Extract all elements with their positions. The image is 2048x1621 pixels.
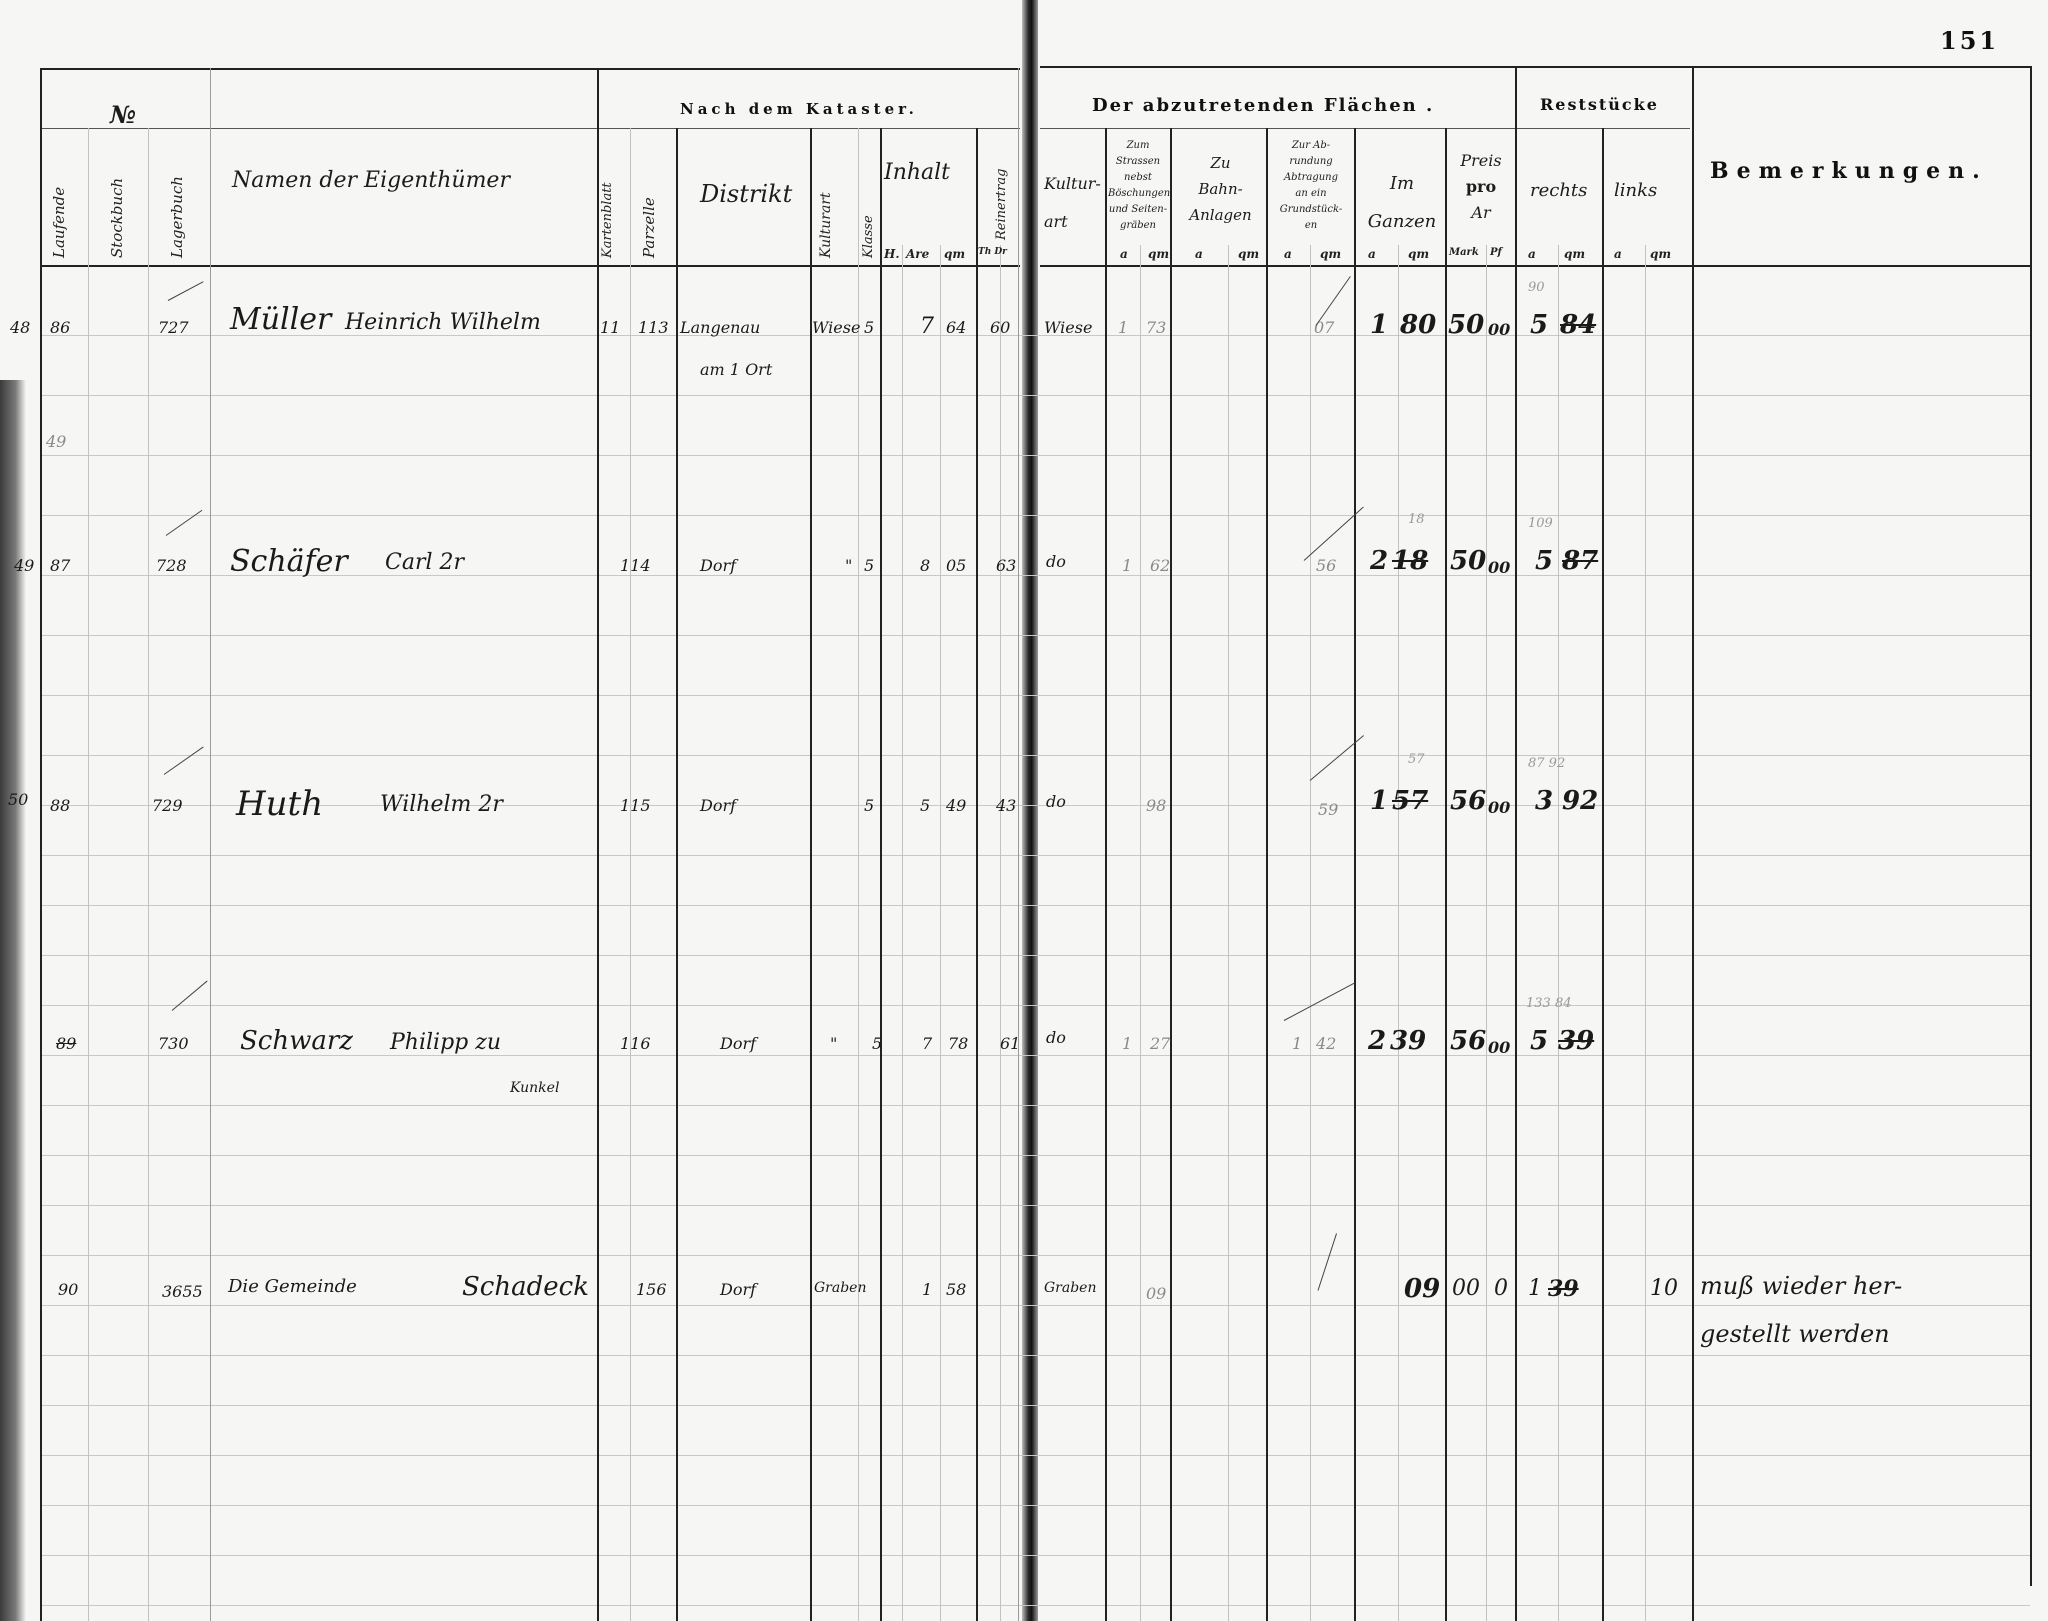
cell-rechts-note: 133 84 (1526, 996, 1572, 1011)
cell-abrund-qm: 42 (1316, 1034, 1336, 1053)
margin-note: 50 (8, 790, 28, 809)
header-reststuecke: Reststücke (1540, 95, 1659, 114)
cell-reinertrag: 63 (996, 556, 1016, 575)
cell-ganzen-a: 2 (1368, 1026, 1386, 1056)
header-klasse: Klasse (861, 215, 876, 258)
header-sub-rule-left (40, 128, 1020, 129)
cell-reinertrag: 43 (996, 796, 1016, 815)
cell-owner-given: Philipp zu (390, 1030, 501, 1055)
cell-lagerbuch: 729 (152, 796, 183, 815)
cell-owner-surname: Schäfer (230, 544, 348, 579)
cell-ganzen-a: 1 (1370, 786, 1388, 816)
cell-inhalt-are: 7 (922, 1034, 932, 1053)
cell-owner-surname: Müller (230, 302, 331, 337)
cell-inhalt-are: 1 (922, 1280, 932, 1299)
cell-inhalt-qm: 64 (946, 318, 966, 337)
cell-distrikt: Dorf (720, 1034, 756, 1053)
header-flaechen: Der abzutretenden Flächen . (1092, 95, 1434, 116)
cell-distrikt: Langenau (680, 318, 760, 337)
header-bemerkungen: Bemerkungen. (1710, 158, 1988, 184)
cell-owner-surname: Schwarz (240, 1026, 353, 1056)
cell-strassen-qm: 27 (1150, 1034, 1170, 1053)
cell-f-kulturart: Graben (1044, 1280, 1097, 1296)
cell-strassen-a: 1 (1122, 1034, 1132, 1053)
cell-preis-pf: 00 (1488, 798, 1510, 817)
cell-rechts-qm: 87 (1562, 546, 1598, 576)
cell-laufende: 87 (50, 556, 70, 575)
cell-parzelle: 116 (620, 1034, 651, 1053)
cell-ganzen-a: 1 (1370, 310, 1388, 340)
unit-h: H. (884, 247, 900, 261)
cell-owner-given: Carl 2r (385, 550, 464, 575)
header-owner: Namen der Eigenthümer (232, 168, 510, 193)
cell-lagerbuch: 728 (156, 556, 187, 575)
cell-reinertrag: 60 (990, 318, 1010, 337)
cell-laufende: 89 (56, 1034, 76, 1053)
header-kulturart: Kulturart (818, 192, 834, 258)
cell-abrund-qm: 56 (1316, 556, 1336, 575)
cell-parzelle: 114 (620, 556, 651, 575)
margin-note: 49 (14, 556, 34, 575)
header-strassen: ZumStrassennebstBöschungenund Seiten-grä… (1108, 138, 1168, 234)
cell-parzelle: 115 (620, 796, 651, 815)
header-preis: PreisproAr (1448, 148, 1514, 226)
cell-owner-given: Die Gemeinde (228, 1276, 357, 1297)
cell-klasse: 5 (864, 556, 874, 575)
table-top-rule-left (40, 68, 1020, 70)
cell-preis-pf: 0 (1494, 1276, 1508, 1301)
cell-owner-extra: Kunkel (510, 1080, 559, 1096)
cell-laufende: 90 (58, 1280, 78, 1299)
header-sub-rule-right (1040, 128, 1690, 129)
cell-f-kulturart: do (1046, 552, 1066, 571)
cell-kulturart: " (830, 1034, 837, 1053)
cell-f-kulturart: Wiese (1044, 318, 1092, 337)
cell-inhalt-qm: 05 (946, 556, 966, 575)
cell-preis-pf: 00 (1488, 1038, 1510, 1057)
cell-kulturart: " (845, 556, 852, 575)
header-laufende: Laufende (50, 187, 68, 258)
cell-ganzen-note: 57 (1408, 752, 1425, 767)
cell-strassen-qm: 98 (1146, 796, 1166, 815)
cell-parzelle: 113 (638, 318, 669, 337)
header-stockbuch: Stockbuch (108, 178, 126, 258)
cell-owner-surname: Huth (236, 784, 323, 824)
cell-preis-pf: 00 (1488, 320, 1510, 339)
cell-f-kulturart: do (1046, 1028, 1066, 1047)
cell-owner-surname: Schadeck (462, 1272, 589, 1302)
cell-rechts-a: 5 (1530, 310, 1548, 340)
cell-lagerbuch: 3655 (162, 1282, 203, 1301)
cell-links-qm: 10 (1650, 1276, 1678, 1301)
cell-distrikt: Dorf (700, 556, 736, 575)
cell-strassen-qm: 73 (1146, 318, 1166, 337)
header-inhalt: Inhalt (884, 160, 950, 185)
header-links: links (1614, 180, 1657, 201)
header-kataster: Nach dem Kataster. (680, 100, 918, 118)
header-bahn: ZuBahn-Anlagen (1178, 150, 1263, 228)
cell-ganzen-qm: 39 (1390, 1026, 1426, 1056)
cell-inhalt-are: 8 (920, 556, 930, 575)
cell-preis-pf: 00 (1488, 558, 1510, 577)
cell-inhalt-are: 7 (920, 314, 934, 339)
page-number: 151 (1940, 26, 1999, 55)
cell-klasse: 5 (864, 796, 874, 815)
cell-strassen-qm: 62 (1150, 556, 1170, 575)
header-reinertrag: Reinertrag (994, 169, 1009, 240)
cell-kartenblatt: 11 (600, 318, 620, 337)
header-f-kulturart: Kultur-art (1044, 165, 1101, 241)
cell-laufende: 88 (50, 796, 70, 815)
cell-kulturart: Graben (814, 1280, 867, 1296)
cell-bemerkung-line-1: muß wieder her- (1700, 1272, 1902, 1300)
cell-distrikt: Dorf (700, 796, 736, 815)
cell-owner-given: Wilhelm 2r (380, 792, 503, 817)
header-parzelle: Parzelle (640, 197, 658, 258)
cell-preis-mark: 56 (1450, 786, 1486, 816)
header-abrundung: Zur Ab-rundungAbtragungan einGrundstück-… (1268, 138, 1354, 234)
header-bottom-rule-right (1040, 265, 2030, 267)
table-top-rule-right (1040, 66, 2030, 68)
cell-preis-mark: 56 (1450, 1026, 1486, 1056)
cell-rechts-note: 109 (1528, 516, 1553, 531)
cell-rechts-a: 5 (1535, 546, 1553, 576)
cell-ganzen-a: 2 (1370, 546, 1388, 576)
cell-preis-mark: 50 (1450, 546, 1486, 576)
header-kartenblatt: Kartenblatt (600, 182, 615, 258)
cell-preis-mark: 00 (1452, 1276, 1480, 1301)
cell-parzelle: 156 (636, 1280, 667, 1299)
header-lagerbuch: Lagerbuch (168, 176, 186, 258)
cell-rechts-qm: 39 (1558, 1026, 1594, 1056)
cell-rechts-note: 90 (1528, 280, 1545, 295)
cell-klasse: 5 (872, 1034, 882, 1053)
cell-rechts-qm: 84 (1560, 310, 1596, 340)
header-no: № (110, 100, 136, 129)
book-gutter (1022, 0, 1038, 1621)
cell-rechts-note: 87 92 (1528, 756, 1565, 771)
cell-rechts-a: 1 (1528, 1276, 1542, 1301)
cell-kulturart: Wiese (812, 318, 860, 337)
cell-strassen-qm: 09 (1146, 1284, 1166, 1303)
cell-preis-mark: 50 (1448, 310, 1484, 340)
cell-f-kulturart: do (1046, 792, 1066, 811)
cell-rechts-a: 3 (1535, 786, 1553, 816)
unit-qm: qm (944, 247, 965, 261)
unit-th-dr: Th Dr (978, 247, 1007, 257)
header-rechts: rechts (1530, 180, 1587, 201)
cell-abrund-a: 1 (1292, 1034, 1302, 1053)
cell-owner-given: Heinrich Wilhelm (345, 310, 541, 335)
cell-klasse: 5 (864, 318, 874, 337)
cell-rechts-qm: 92 (1562, 786, 1598, 816)
cell-ganzen-qm: 18 (1392, 546, 1428, 576)
header-distrikt: Distrikt (700, 180, 792, 208)
cell-bemerkung-line-2: gestellt werden (1700, 1320, 1890, 1348)
unit-are: Are (906, 247, 929, 261)
cell-ganzen-note: 18 (1408, 512, 1425, 527)
cell-laufende: 86 (50, 318, 70, 337)
header-ganzen: ImGanzen (1360, 165, 1444, 241)
cell-ganzen-qm: 09 (1404, 1274, 1440, 1304)
cell-inhalt-are: 5 (920, 796, 930, 815)
cell-distrikt-2: am 1 Ort (700, 360, 772, 379)
cell-strassen-a: 1 (1122, 556, 1132, 575)
cell-strassen-a: 1 (1118, 318, 1128, 337)
cell-inhalt-qm: 49 (946, 796, 966, 815)
cell-reinertrag: 61 (1000, 1034, 1020, 1053)
header-bottom-rule-left (40, 265, 1020, 267)
cell-inhalt-qm: 78 (948, 1034, 968, 1053)
cell-lagerbuch: 727 (158, 318, 189, 337)
cell-ganzen-qm: 57 (1392, 786, 1428, 816)
cell-distrikt: Dorf (720, 1280, 756, 1299)
cell-inhalt-qm: 58 (946, 1280, 966, 1299)
margin-note: 49 (46, 432, 66, 451)
cell-abrund-qm: 59 (1318, 800, 1338, 819)
cell-ganzen-qm: 80 (1400, 310, 1436, 340)
cell-rechts-a: 5 (1530, 1026, 1548, 1056)
margin-note: 48 (10, 318, 30, 337)
cell-lagerbuch: 730 (158, 1034, 189, 1053)
cell-rechts-qm: 39 (1548, 1276, 1579, 1302)
